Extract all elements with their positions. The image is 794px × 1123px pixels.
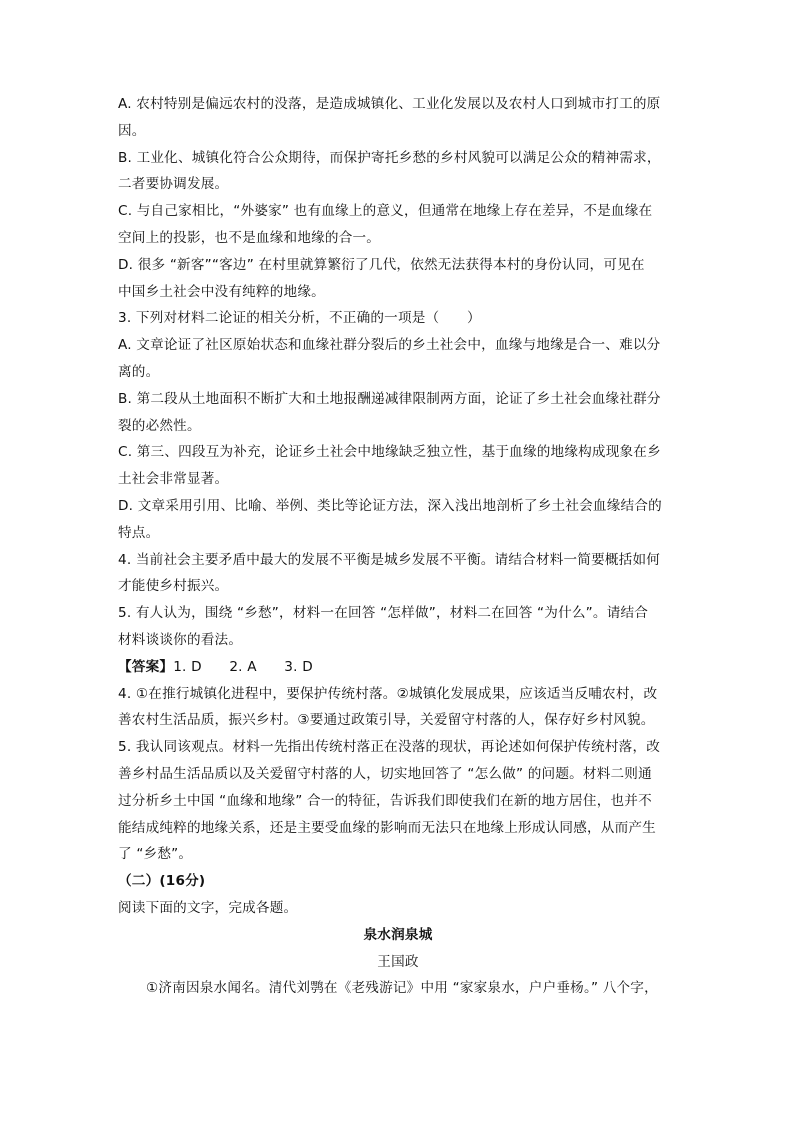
answer-5-line4: 能结成纯粹的地缘关系，还是主要受血缘的影响而无法只在地缘上形成认同感，从而产生 bbox=[118, 815, 678, 842]
answer-key: 【答案】1. D 2. A 3. D bbox=[118, 654, 678, 681]
article-author: 王国政 bbox=[118, 949, 678, 976]
section-instruction: 阅读下面的文字，完成各题。 bbox=[118, 895, 678, 922]
option-1b-line2: 二者要协调发展。 bbox=[118, 171, 678, 198]
answer-4-line2: 善农村生活品质，振兴乡村。③要通过政策引导，关爱留守村落的人，保存好乡村风貌。 bbox=[118, 707, 678, 734]
answer-5-line1: 5. 我认同该观点。材料一先指出传统村落正在没落的现状，再论述如何保护传统村落，… bbox=[118, 734, 678, 761]
question-4-line2: 才能使乡村振兴。 bbox=[118, 573, 678, 600]
option-1b-line1: B. 工业化、城镇化符合公众期待，而保护寄托乡愁的乡村风貌可以满足公众的精神需求… bbox=[118, 145, 678, 172]
option-3d-line2: 特点。 bbox=[118, 520, 678, 547]
option-1c-line1: C. 与自己家相比，“外婆家” 也有血缘上的意义，但通常在地缘上存在差异，不是血… bbox=[118, 198, 678, 225]
option-3b-line2: 裂的必然性。 bbox=[118, 413, 678, 440]
answer-5-line3: 过分析乡土中国 “血缘和地缘” 合一的特征，告诉我们即使我们在新的地方居住，也并… bbox=[118, 788, 678, 815]
answer-5-line5: 了 “乡愁”。 bbox=[118, 841, 678, 868]
answer-4-line1: 4. ①在推行城镇化进程中，要保护传统村落。②城镇化发展成果，应该适当反哺农村，… bbox=[118, 681, 678, 708]
section-heading: （二）(16分) bbox=[118, 868, 678, 895]
answer-choices: 1. D 2. A 3. D bbox=[173, 659, 313, 675]
option-1a-line1: A. 农村特别是偏远农村的没落，是造成城镇化、工业化发展以及农村人口到城市打工的… bbox=[118, 91, 678, 118]
answer-5-line2: 善乡村品生活品质以及关爱留守村落的人，切实地回答了 “怎么做” 的问题。材料二则… bbox=[118, 761, 678, 788]
option-1c-line2: 空间上的投影，也不是血缘和地缘的合一。 bbox=[118, 225, 678, 252]
option-1d-line2: 中国乡土社会中没有纯粹的地缘。 bbox=[118, 279, 678, 306]
question-5-line1: 5. 有人认为，围绕 “乡愁”，材料一在回答 “怎样做”，材料二在回答 “为什么… bbox=[118, 600, 678, 627]
option-1a-line2: 因。 bbox=[118, 118, 678, 145]
question-3: 3. 下列对材料二论证的相关分析，不正确的一项是（ ） bbox=[118, 305, 678, 332]
option-3c-line2: 土社会非常显著。 bbox=[118, 466, 678, 493]
option-3c-line1: C. 第三、四段互为补充，论证乡土社会中地缘缺乏独立性，基于血缘的地缘构成现象在… bbox=[118, 439, 678, 466]
option-3a-line2: 离的。 bbox=[118, 359, 678, 386]
article-title: 泉水润泉城 bbox=[118, 922, 678, 949]
answer-label: 【答案】 bbox=[118, 659, 173, 675]
option-1d-line1: D. 很多 “新客”“客边” 在村里就算繁衍了几代，依然无法获得本村的身份认同，… bbox=[118, 252, 678, 279]
document-page: A. 农村特别是偏远农村的没落，是造成城镇化、工业化发展以及农村人口到城市打工的… bbox=[118, 91, 678, 1002]
option-3b-line1: B. 第二段从土地面积不断扩大和土地报酬递减律限制两方面，论证了乡土社会血缘社群… bbox=[118, 386, 678, 413]
question-5-line2: 材料谈谈你的看法。 bbox=[118, 627, 678, 654]
question-4-line1: 4. 当前社会主要矛盾中最大的发展不平衡是城乡发展不平衡。请结合材料一简要概括如… bbox=[118, 547, 678, 574]
option-3d-line1: D. 文章采用引用、比喻、举例、类比等论证方法，深入浅出地剖析了乡土社会血缘结合… bbox=[118, 493, 678, 520]
article-paragraph-1: ①济南因泉水闻名。清代刘鹗在《老残游记》中用 “家家泉水，户户垂杨。” 八个字， bbox=[118, 975, 678, 1002]
option-3a-line1: A. 文章论证了社区原始状态和血缘社群分裂后的乡土社会中，血缘与地缘是合一、难以… bbox=[118, 332, 678, 359]
